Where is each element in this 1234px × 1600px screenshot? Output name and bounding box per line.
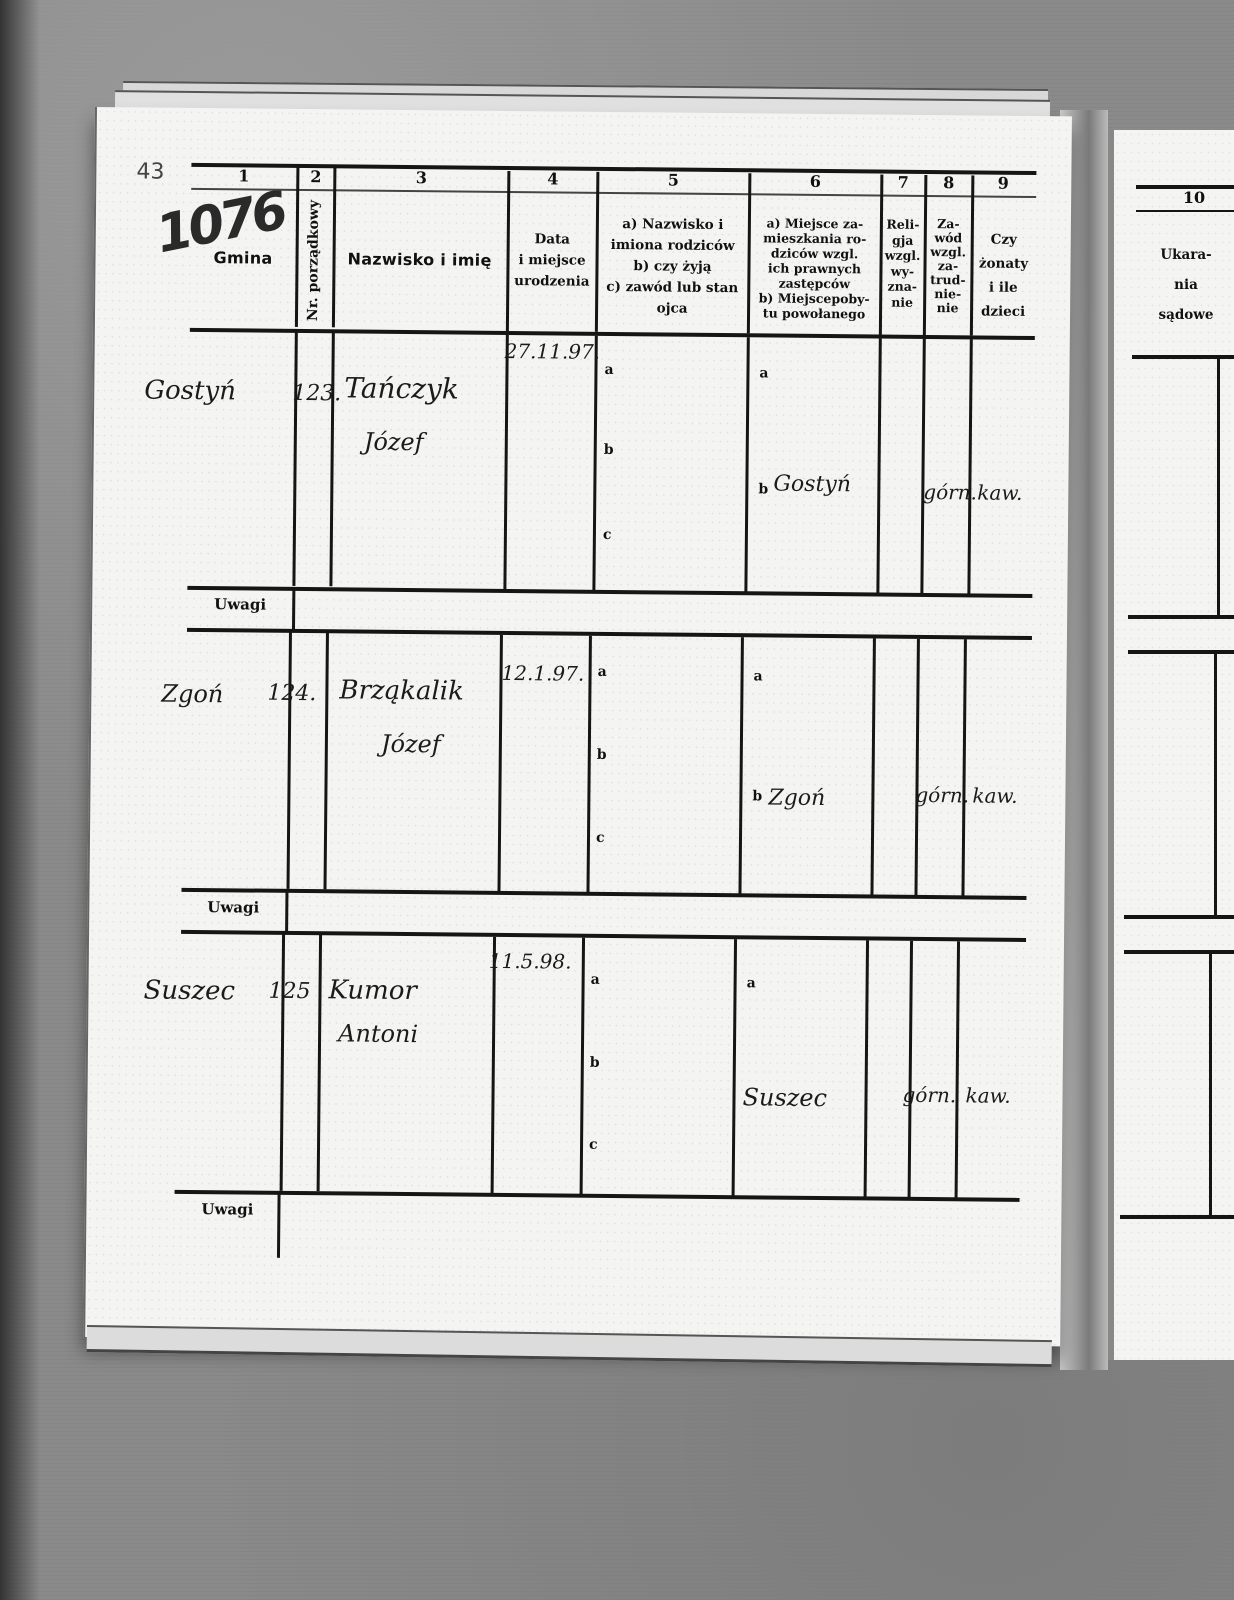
column-divider [317,933,322,1191]
column-header-serial-number: Nr. porządkowy [305,200,322,321]
column-divider [586,636,591,894]
serial-number-value: 124. [267,681,316,706]
given-name-value: Józef [364,428,424,457]
given-name-value: Józef [381,730,441,759]
column-number-8: 8 [926,173,971,192]
surname-value: Tańczyk [344,371,459,405]
column-divider [580,938,585,1196]
pencil-page-number: 43 [136,159,164,184]
column-divider [876,339,881,594]
row-rule [187,586,1032,598]
row-rule [1124,915,1234,919]
surname-value: Kumor [328,975,417,1006]
column-header-gmina: Gmina [213,248,272,268]
parents-sub-c: c [589,1137,598,1153]
remarks-label: Uwagi [207,898,259,916]
column-divider [732,939,737,1197]
column-divider [329,331,334,586]
row-rule [1124,950,1234,954]
married-value: kaw. [972,783,1017,807]
birth-date-value: 12.1.97. [501,661,584,686]
column-divider [908,941,913,1199]
column-header-parents: a) Nazwisko i imiona rodziców b) czy żyj… [597,214,748,320]
parents-sub-b: b [590,1055,600,1071]
remarks-divider [292,589,295,631]
column-header-occupation: Za- wód wzgl. za- trud- nie- nie [925,217,971,315]
married-value: kaw. [977,480,1022,504]
column-divider [920,339,925,594]
remarks-label: Uwagi [214,595,266,613]
column-divider [744,337,749,592]
row-rule [175,1190,1020,1202]
residence-value: Gostyń [773,472,851,498]
parents-sub-a: a [598,664,607,680]
column-header-married: Czy żonaty i ile dzieci [972,227,1035,324]
column-number-6: 6 [750,171,880,191]
residence-sub-a: a [759,365,768,381]
given-name-value: Antoni [338,1019,418,1048]
column-header-birth: Data i miejsce urodzenia [508,229,596,293]
row-rule [187,628,1032,640]
column-divider [287,631,292,889]
column-divider [324,631,329,889]
column-number-5: 5 [598,170,748,190]
row-rule [181,930,1026,942]
header-bottom-rule [190,328,1035,340]
remarks-divider [285,891,288,933]
residence-sub-a: a [753,668,762,684]
married-value: kaw. [965,1083,1010,1107]
column-number-2: 2 [298,167,333,186]
column-divider [295,167,300,327]
parents-sub-a: a [591,972,600,988]
parents-sub-b: b [604,442,614,458]
occupation-value: górn. [923,480,977,505]
header-rule [1136,210,1234,212]
serial-number-value: 123. [292,381,341,406]
column-divider [503,335,508,590]
column-number-10: 10 [1154,188,1234,207]
page-stack: 43 1076 1 2 3 4 5 6 7 8 9 Gmina Nr. porz… [95,85,1080,1370]
birth-date-value: 27.11.97. [505,339,601,364]
residence-sub-b: b [752,788,762,804]
right-page: 10 Ukara- nia sądowe [1108,130,1234,1360]
occupation-value: górn. [915,783,969,808]
parents-sub-b: b [597,747,607,763]
remarks-label: Uwagi [201,1200,253,1218]
row-rule [1128,615,1234,619]
parents-sub-c: c [596,830,605,846]
serial-number-value: 125 [268,979,310,1004]
column-divider [955,941,960,1199]
column-divider [738,637,743,895]
gmina-value: Zgoń [161,680,223,709]
column-divider [280,933,285,1191]
birth-date-value: 11.5.98. [489,949,572,974]
column-divider [870,638,875,896]
residence-sub-b: b [758,481,768,497]
surname-value: Brząkalik [339,675,464,706]
column-divider [864,940,869,1198]
column-divider [1217,358,1220,618]
column-divider [914,639,919,897]
residence-value: Suszec [742,1083,827,1112]
parents-sub-a: a [604,362,613,378]
column-header-religion: Reli- gja wzgl. wy- zna- nie [881,217,924,310]
column-header-punishments: Ukara- nia sądowe [1136,240,1234,330]
column-divider [592,336,597,591]
remarks-divider [277,1193,281,1258]
column-number-7: 7 [882,173,924,192]
residence-value: Zgoń [768,785,825,811]
column-header-name: Nazwisko i imię [347,249,491,269]
column-divider [1214,652,1217,917]
row-rule [181,888,1026,900]
gmina-value: Suszec [143,976,235,1007]
column-divider [332,167,337,327]
row-rule [1128,650,1234,654]
occupation-value: górn. [902,1083,956,1108]
column-number-1: 1 [191,166,296,186]
column-number-3: 3 [336,167,506,188]
column-divider [491,937,496,1195]
parents-sub-c: c [603,527,612,543]
column-divider [292,331,297,586]
column-header-residence: a) Miejsce za- mieszkania ro- dziców wzg… [749,215,880,321]
column-divider [1209,952,1212,1217]
column-number-4: 4 [509,169,596,189]
registry-page: 43 1076 1 2 3 4 5 6 7 8 9 Gmina Nr. porz… [83,107,1072,1346]
column-divider [967,339,972,594]
gmina-value: Gostyń [144,375,236,406]
scan-edge-shadow [0,0,40,1600]
column-divider [961,639,966,897]
column-number-9: 9 [973,173,1033,193]
row-rule [1120,1215,1234,1219]
residence-sub-a: a [747,975,756,991]
